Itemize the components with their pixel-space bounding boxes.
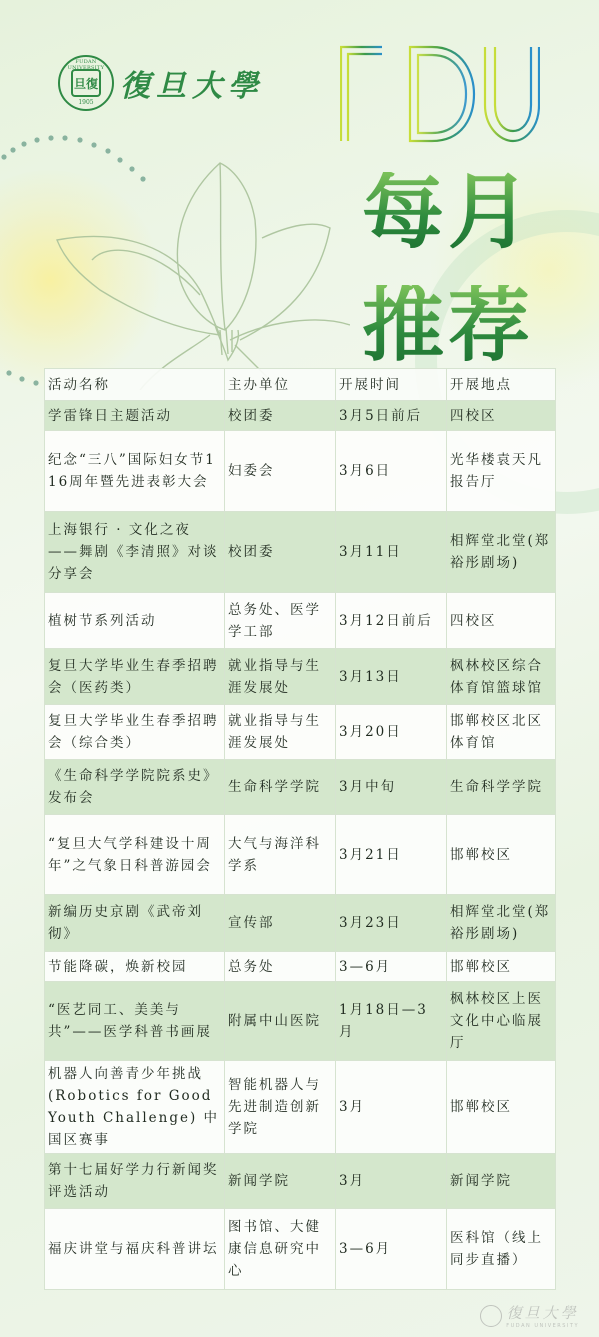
cell-time: 3—6月: [336, 952, 447, 982]
cell-location: 邯郸校区北区体育馆: [447, 705, 556, 760]
cell-location: 枫林校区上医文化中心临展厅: [447, 982, 556, 1061]
cell-name: 福庆讲堂与福庆科普讲坛: [45, 1209, 225, 1290]
cell-time: 3月中旬: [336, 760, 447, 815]
cell-name: 第十七届好学力行新闻奖评选活动: [45, 1154, 225, 1209]
cell-name: 纪念“三八”国际妇女节116周年暨先进表彰大会: [45, 431, 225, 512]
table-row: “医艺同工、美美与共”——医学科普书画展 附属中山医院 1月18日—3月 枫林校…: [45, 982, 556, 1061]
cell-location: 枫林校区综合体育馆篮球馆: [447, 649, 556, 705]
cell-location: 相辉堂北堂(郑裕彤剧场): [447, 895, 556, 952]
university-name: 復旦大學: [120, 61, 264, 105]
table-row: 福庆讲堂与福庆科普讲坛 图书馆、大健康信息研究中心 3—6月 医科馆（线上同步直…: [45, 1209, 556, 1290]
table-row: 上海银行 · 文化之夜——舞剧《李清照》对谈分享会 校团委 3月11日 相辉堂北…: [45, 512, 556, 593]
table-row: 《生命科学学院院系史》发布会 生命科学学院 3月中旬 生命科学学院: [45, 760, 556, 815]
column-header-location: 开展地点: [447, 369, 556, 401]
table-row: 纪念“三八”国际妇女节116周年暨先进表彰大会 妇委会 3月6日 光华楼袁天凡报…: [45, 431, 556, 512]
cell-time: 3月21日: [336, 815, 447, 895]
footer-university-name-en: FUDAN UNIVERSITY: [506, 1323, 579, 1329]
cell-name: 复旦大学毕业生春季招聘会（综合类）: [45, 705, 225, 760]
fdu-brand-logo: [340, 45, 540, 145]
cell-time: 3月23日: [336, 895, 447, 952]
cell-location: 邯郸校区: [447, 952, 556, 982]
cell-location: 四校区: [447, 401, 556, 431]
cell-name: 复旦大学毕业生春季招聘会（医药类）: [45, 649, 225, 705]
cell-organizer: 就业指导与生涯发展处: [225, 649, 336, 705]
cell-organizer: 宣传部: [225, 895, 336, 952]
cell-time: 3月20日: [336, 705, 447, 760]
table-row: 新编历史京剧《武帝刘彻》 宣传部 3月23日 相辉堂北堂(郑裕彤剧场): [45, 895, 556, 952]
seal-center: 旦復: [71, 69, 101, 97]
cell-location: 四校区: [447, 593, 556, 649]
university-seal-icon: FUDAN UNIVERSITY 旦復 1905: [58, 55, 114, 111]
cell-location: 医科馆（线上同步直播）: [447, 1209, 556, 1290]
table-header-row: 活动名称 主办单位 开展时间 开展地点: [45, 369, 556, 401]
cell-organizer: 附属中山医院: [225, 982, 336, 1061]
cell-time: 3月: [336, 1154, 447, 1209]
cell-organizer: 新闻学院: [225, 1154, 336, 1209]
table-row: 节能降碳，焕新校园 总务处 3—6月 邯郸校区: [45, 952, 556, 982]
cell-organizer: 智能机器人与先进制造创新学院: [225, 1061, 336, 1154]
cell-location: 相辉堂北堂(郑裕彤剧场): [447, 512, 556, 593]
cell-name: 节能降碳，焕新校园: [45, 952, 225, 982]
column-header-time: 开展时间: [336, 369, 447, 401]
table-row: 第十七届好学力行新闻奖评选活动 新闻学院 3月 新闻学院: [45, 1154, 556, 1209]
table-row: 学雷锋日主题活动 校团委 3月5日前后 四校区: [45, 401, 556, 431]
cell-organizer: 总务处、医学学工部: [225, 593, 336, 649]
table-row: 复旦大学毕业生春季招聘会（医药类） 就业指导与生涯发展处 3月13日 枫林校区综…: [45, 649, 556, 705]
cell-time: 3月13日: [336, 649, 447, 705]
cell-organizer: 校团委: [225, 512, 336, 593]
footer-university-name: 復旦大學: [507, 1302, 579, 1323]
footer-logo: 復旦大學 FUDAN UNIVERSITY: [480, 1302, 579, 1329]
table-row: 植树节系列活动 总务处、医学学工部 3月12日前后 四校区: [45, 593, 556, 649]
cell-organizer: 大气与海洋科学系: [225, 815, 336, 895]
title-line-1: 每月: [362, 172, 534, 254]
cell-name: 《生命科学学院院系史》发布会: [45, 760, 225, 815]
cell-location: 光华楼袁天凡报告厅: [447, 431, 556, 512]
cell-organizer: 就业指导与生涯发展处: [225, 705, 336, 760]
seal-year: 1905: [60, 99, 112, 106]
column-header-organizer: 主办单位: [225, 369, 336, 401]
events-table: 活动名称 主办单位 开展时间 开展地点 学雷锋日主题活动 校团委 3月5日前后 …: [44, 368, 556, 1290]
cell-location: 邯郸校区: [447, 1061, 556, 1154]
cell-time: 1月18日—3月: [336, 982, 447, 1061]
cell-name: 学雷锋日主题活动: [45, 401, 225, 431]
fudan-logo: FUDAN UNIVERSITY 旦復 1905 復旦大學: [58, 55, 264, 111]
cell-organizer: 生命科学学院: [225, 760, 336, 815]
cell-organizer: 总务处: [225, 952, 336, 982]
footer-seal-icon: [480, 1305, 502, 1327]
cell-name: 植树节系列活动: [45, 593, 225, 649]
cell-organizer: 校团委: [225, 401, 336, 431]
table-row: 复旦大学毕业生春季招聘会（综合类） 就业指导与生涯发展处 3月20日 邯郸校区北…: [45, 705, 556, 760]
cell-time: 3月5日前后: [336, 401, 447, 431]
magnolia-illustration: [50, 150, 350, 390]
cell-name: 上海银行 · 文化之夜——舞剧《李清照》对谈分享会: [45, 512, 225, 593]
cell-location: 邯郸校区: [447, 815, 556, 895]
cell-name: 新编历史京剧《武帝刘彻》: [45, 895, 225, 952]
cell-time: 3—6月: [336, 1209, 447, 1290]
cell-name: “复旦大气学科建设十周年”之气象日科普游园会: [45, 815, 225, 895]
table-row: 机器人向善青少年挑战(Robotics for GoodYouth Challe…: [45, 1061, 556, 1154]
table-row: “复旦大气学科建设十周年”之气象日科普游园会 大气与海洋科学系 3月21日 邯郸…: [45, 815, 556, 895]
cell-time: 3月: [336, 1061, 447, 1154]
cell-location: 新闻学院: [447, 1154, 556, 1209]
column-header-name: 活动名称: [45, 369, 225, 401]
cell-organizer: 图书馆、大健康信息研究中心: [225, 1209, 336, 1290]
cell-organizer: 妇委会: [225, 431, 336, 512]
cell-name: “医艺同工、美美与共”——医学科普书画展: [45, 982, 225, 1061]
cell-time: 3月6日: [336, 431, 447, 512]
cell-time: 3月11日: [336, 512, 447, 593]
cell-time: 3月12日前后: [336, 593, 447, 649]
cell-name: 机器人向善青少年挑战(Robotics for GoodYouth Challe…: [45, 1061, 225, 1154]
cell-location: 生命科学学院: [447, 760, 556, 815]
title-line-2: 推荐: [362, 285, 534, 367]
